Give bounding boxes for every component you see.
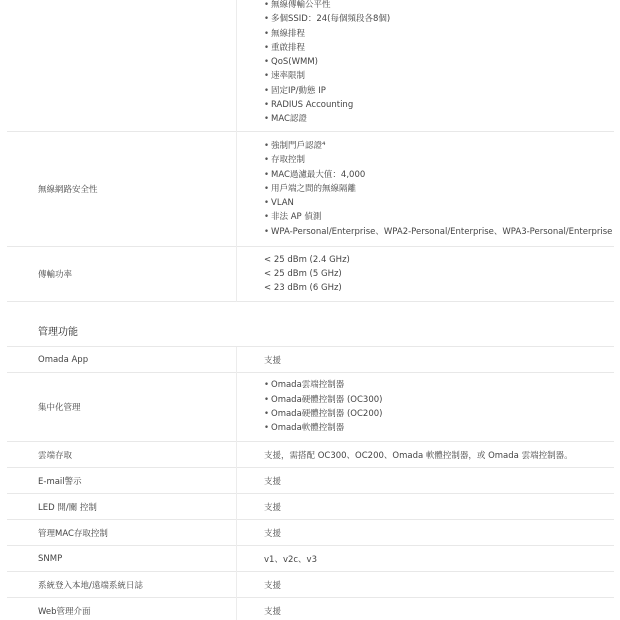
bullet-icon: • xyxy=(264,139,271,153)
list-item: •用戶端之間的無線隔離 xyxy=(264,182,614,196)
list-item: •WPA-Personal/Enterprise、WPA2-Personal/E… xyxy=(264,225,614,239)
spec-value: < 25 dBm (2.4 GHz) < 25 dBm (5 GHz) < 23… xyxy=(264,247,614,301)
spec-row-mac-access-control: 管理MAC存取控制 支援 xyxy=(7,520,614,546)
bullet-icon: • xyxy=(264,41,271,55)
spec-label: E-mail警示 xyxy=(38,468,82,493)
list-item: •無線排程 xyxy=(264,27,614,41)
spec-value: 支援 xyxy=(264,520,614,545)
spec-row-email-alert: E-mail警示 支援 xyxy=(7,468,614,494)
list-item: •速率限制 xyxy=(264,69,614,83)
list-item: •Omada硬體控制器 (OC200) xyxy=(264,407,614,421)
bullet-icon: • xyxy=(264,153,271,167)
column-divider xyxy=(236,0,237,132)
spec-label: 雲端存取 xyxy=(38,442,72,467)
column-divider xyxy=(236,132,237,247)
column-divider xyxy=(236,598,237,620)
list-item: •Omada硬體控制器 (OC300) xyxy=(264,393,614,407)
bullet-icon: • xyxy=(264,112,271,126)
bullet-icon: • xyxy=(264,55,271,69)
list-item: •QoS(WMM) xyxy=(264,55,614,69)
spec-label: 管理MAC存取控制 xyxy=(38,520,108,545)
bullet-icon: • xyxy=(264,378,271,392)
bullet-icon: • xyxy=(264,393,271,407)
list-item: •Omada軟體控制器 xyxy=(264,421,614,435)
list-item: < 25 dBm (5 GHz) xyxy=(264,267,614,281)
bullet-icon: • xyxy=(264,98,271,112)
spec-value: 支援 xyxy=(264,347,614,372)
spec-row-cloud-access: 雲端存取 支援，需搭配 OC300、OC200、Omada 軟體控制器，或 Om… xyxy=(7,442,614,468)
spec-label: SNMP xyxy=(38,546,62,571)
spec-label: 無線網路安全性 xyxy=(38,132,98,246)
list-item: •RADIUS Accounting xyxy=(264,98,614,112)
list-item: •MAC過濾最大值：4,000 xyxy=(264,168,614,182)
spec-row-wireless-features: •無線傳輸公平性 •多個SSID：24(每個頻段各8個) •無線排程 •重啟排程… xyxy=(7,0,614,132)
spec-row-snmp: SNMP v1、v2c、v3 xyxy=(7,546,614,572)
spec-row-wireless-security: 無線網路安全性 •強制門戶認證⁴ •存取控制 •MAC過濾最大值：4,000 •… xyxy=(7,132,614,247)
bullet-icon: • xyxy=(264,407,271,421)
column-divider xyxy=(236,373,237,442)
list-item: •VLAN xyxy=(264,196,614,210)
spec-label: 集中化管理 xyxy=(38,373,81,441)
column-divider xyxy=(236,546,237,572)
spec-value: •無線傳輸公平性 •多個SSID：24(每個頻段各8個) •無線排程 •重啟排程… xyxy=(264,0,614,131)
spec-row-tx-power: 傳輸功率 < 25 dBm (2.4 GHz) < 25 dBm (5 GHz)… xyxy=(7,247,614,302)
bullet-icon: • xyxy=(264,12,271,26)
section-title-management: 管理功能 xyxy=(38,323,78,338)
column-divider xyxy=(236,494,237,520)
spec-value: 支援 xyxy=(264,572,614,597)
list-item: •強制門戶認證⁴ xyxy=(264,139,614,153)
bullet-icon: • xyxy=(264,84,271,98)
spec-value: •Omada雲端控制器 •Omada硬體控制器 (OC300) •Omada硬體… xyxy=(264,373,614,441)
list-item: < 23 dBm (6 GHz) xyxy=(264,281,614,295)
column-divider xyxy=(236,347,237,373)
spec-value: 支援，需搭配 OC300、OC200、Omada 軟體控制器，或 Omada 雲… xyxy=(264,442,614,467)
list-item: •Omada雲端控制器 xyxy=(264,378,614,392)
column-divider xyxy=(236,468,237,494)
list-item: •MAC認證 xyxy=(264,112,614,126)
bullet-icon: • xyxy=(264,69,271,83)
spec-row-led-control: LED 開/關 控制 支援 xyxy=(7,494,614,520)
feature-list: •強制門戶認證⁴ •存取控制 •MAC過濾最大值：4,000 •用戶端之間的無線… xyxy=(264,139,614,239)
bullet-icon: • xyxy=(264,27,271,41)
spec-value: •強制門戶認證⁴ •存取控制 •MAC過濾最大值：4,000 •用戶端之間的無線… xyxy=(264,132,614,246)
list-item: •無線傳輸公平性 xyxy=(264,0,614,12)
list-item: •固定IP/動態 IP xyxy=(264,84,614,98)
feature-list: •無線傳輸公平性 •多個SSID：24(每個頻段各8個) •無線排程 •重啟排程… xyxy=(264,0,614,127)
list-item: •存取控制 xyxy=(264,153,614,167)
list-item: < 25 dBm (2.4 GHz) xyxy=(264,253,614,267)
spec-label: LED 開/關 控制 xyxy=(38,494,97,519)
spec-row-web-management: Web管理介面 支援 xyxy=(7,598,614,620)
list-item: •非法 AP 偵測 xyxy=(264,210,614,224)
feature-list: •Omada雲端控制器 •Omada硬體控制器 (OC300) •Omada硬體… xyxy=(264,378,614,435)
spec-value: 支援 xyxy=(264,468,614,493)
spec-label: 系統登入本地/遠端系統日誌 xyxy=(38,572,143,597)
spec-value: v1、v2c、v3 xyxy=(264,546,614,571)
spec-label: 傳輸功率 xyxy=(38,247,72,301)
bullet-icon: • xyxy=(264,182,271,196)
list-item: •多個SSID：24(每個頻段各8個) xyxy=(264,12,614,26)
bullet-icon: • xyxy=(264,196,271,210)
spec-value: 支援 xyxy=(264,598,614,620)
spec-row-centralized-management: 集中化管理 •Omada雲端控制器 •Omada硬體控制器 (OC300) •O… xyxy=(7,373,614,442)
spec-label: Web管理介面 xyxy=(38,598,91,620)
spec-label: Omada App xyxy=(38,347,88,372)
feature-list: < 25 dBm (2.4 GHz) < 25 dBm (5 GHz) < 23… xyxy=(264,253,614,296)
column-divider xyxy=(236,572,237,598)
bullet-icon: • xyxy=(264,210,271,224)
bullet-icon: • xyxy=(264,421,271,435)
spec-value: 支援 xyxy=(264,494,614,519)
bullet-icon: • xyxy=(264,168,271,182)
spec-row-omada-app: Omada App 支援 xyxy=(7,347,614,373)
bullet-icon: • xyxy=(264,0,271,12)
column-divider xyxy=(236,520,237,546)
bullet-icon: • xyxy=(264,225,271,239)
spec-row-syslog: 系統登入本地/遠端系統日誌 支援 xyxy=(7,572,614,598)
list-item: •重啟排程 xyxy=(264,41,614,55)
column-divider xyxy=(236,247,237,302)
column-divider xyxy=(236,442,237,468)
